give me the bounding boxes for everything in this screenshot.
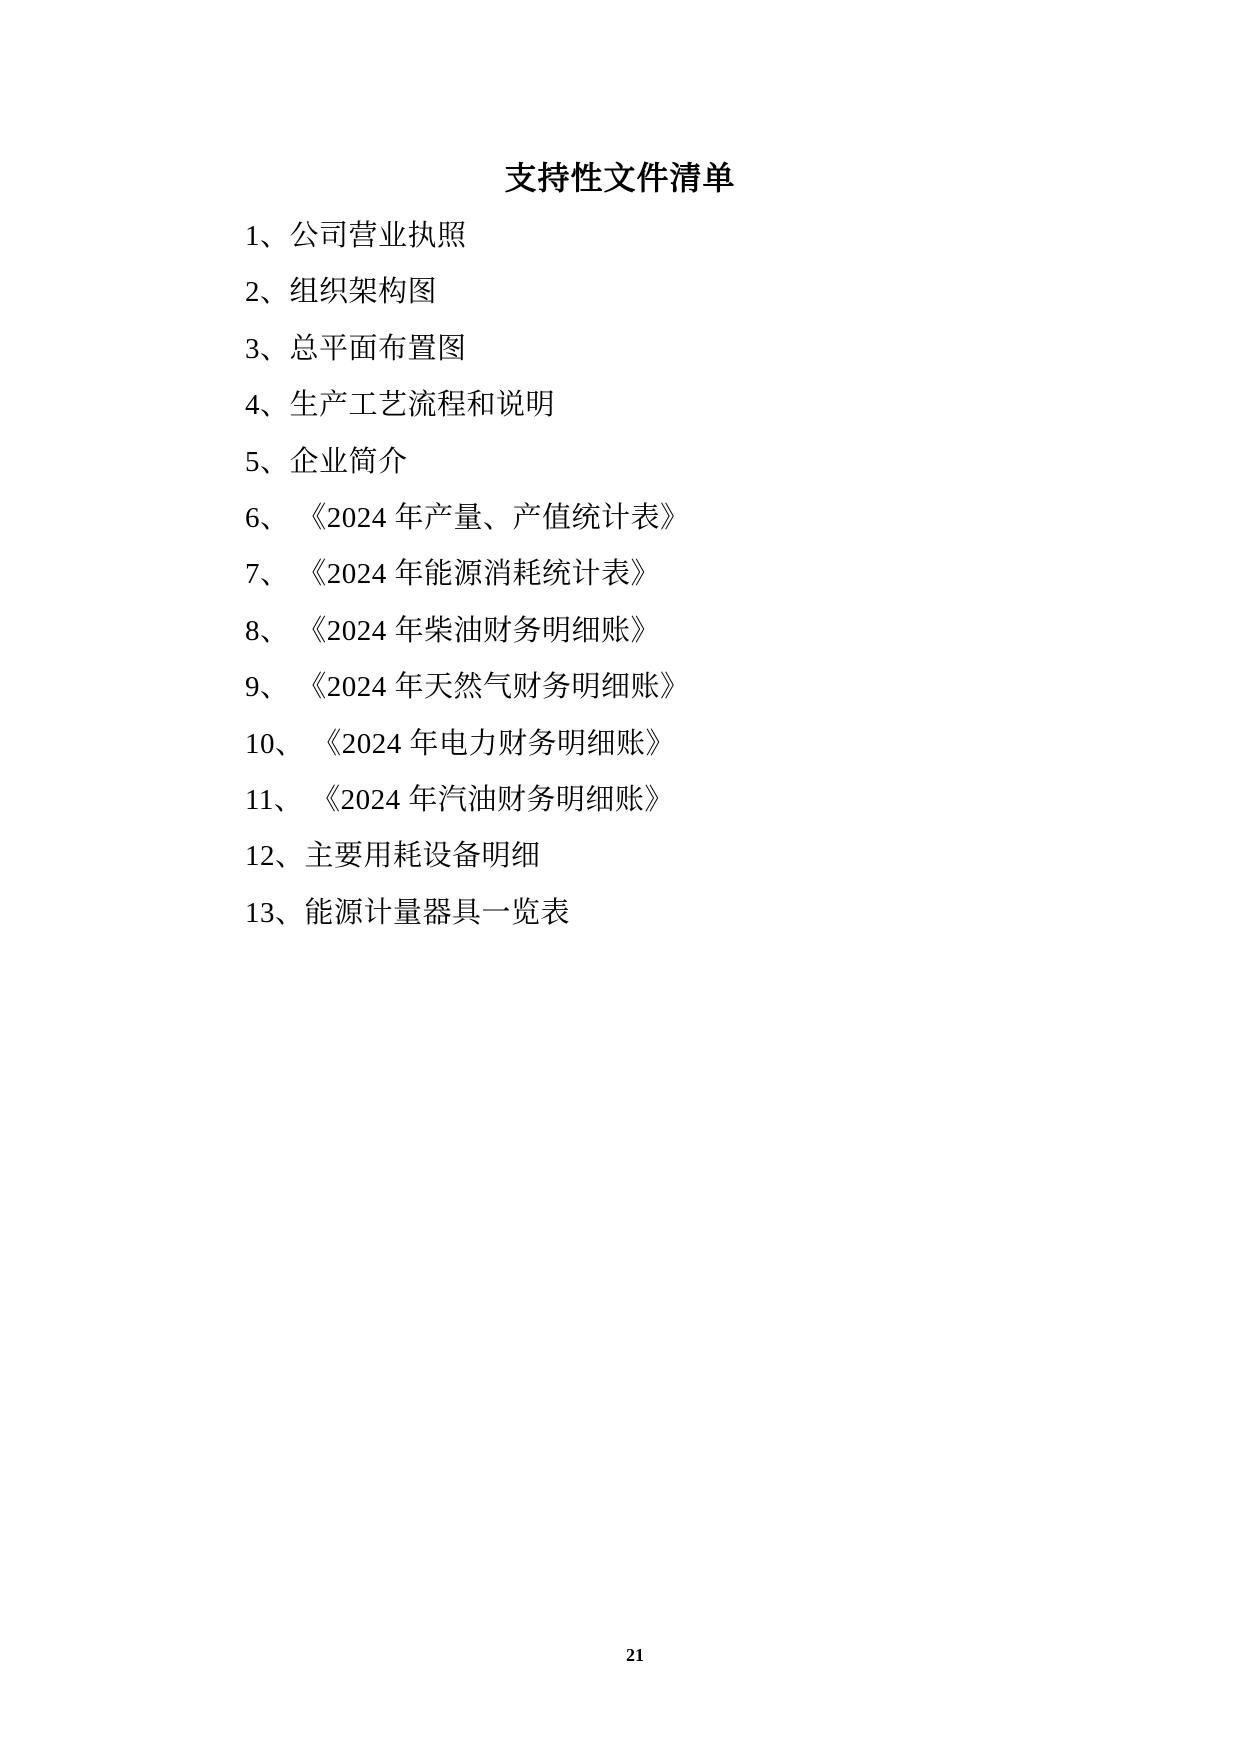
list-item: 6、 《2024 年产量、产值统计表》 bbox=[245, 490, 1160, 546]
supporting-documents-list: 1、公司营业执照 2、组织架构图 3、总平面布置图 4、生产工艺流程和说明 5、… bbox=[245, 208, 1160, 941]
list-item: 8、 《2024 年柴油财务明细账》 bbox=[245, 603, 1160, 659]
list-item: 12、主要用耗设备明细 bbox=[245, 828, 1160, 884]
list-item: 1、公司营业执照 bbox=[245, 208, 1160, 264]
document-page: 支持性文件清单 1、公司营业执照 2、组织架构图 3、总平面布置图 4、生产工艺… bbox=[0, 0, 1240, 1754]
list-item: 4、生产工艺流程和说明 bbox=[245, 377, 1160, 433]
page-title: 支持性文件清单 bbox=[0, 157, 1240, 199]
list-item: 7、 《2024 年能源消耗统计表》 bbox=[245, 546, 1160, 602]
list-item: 2、组织架构图 bbox=[245, 264, 1160, 320]
list-item: 10、 《2024 年电力财务明细账》 bbox=[245, 716, 1160, 772]
list-item: 9、 《2024 年天然气财务明细账》 bbox=[245, 659, 1160, 715]
list-item: 3、总平面布置图 bbox=[245, 321, 1160, 377]
list-item: 5、企业简介 bbox=[245, 434, 1160, 490]
list-item: 11、 《2024 年汽油财务明细账》 bbox=[245, 772, 1160, 828]
page-number: 21 bbox=[0, 1644, 1240, 1666]
list-item: 13、能源计量器具一览表 bbox=[245, 885, 1160, 941]
